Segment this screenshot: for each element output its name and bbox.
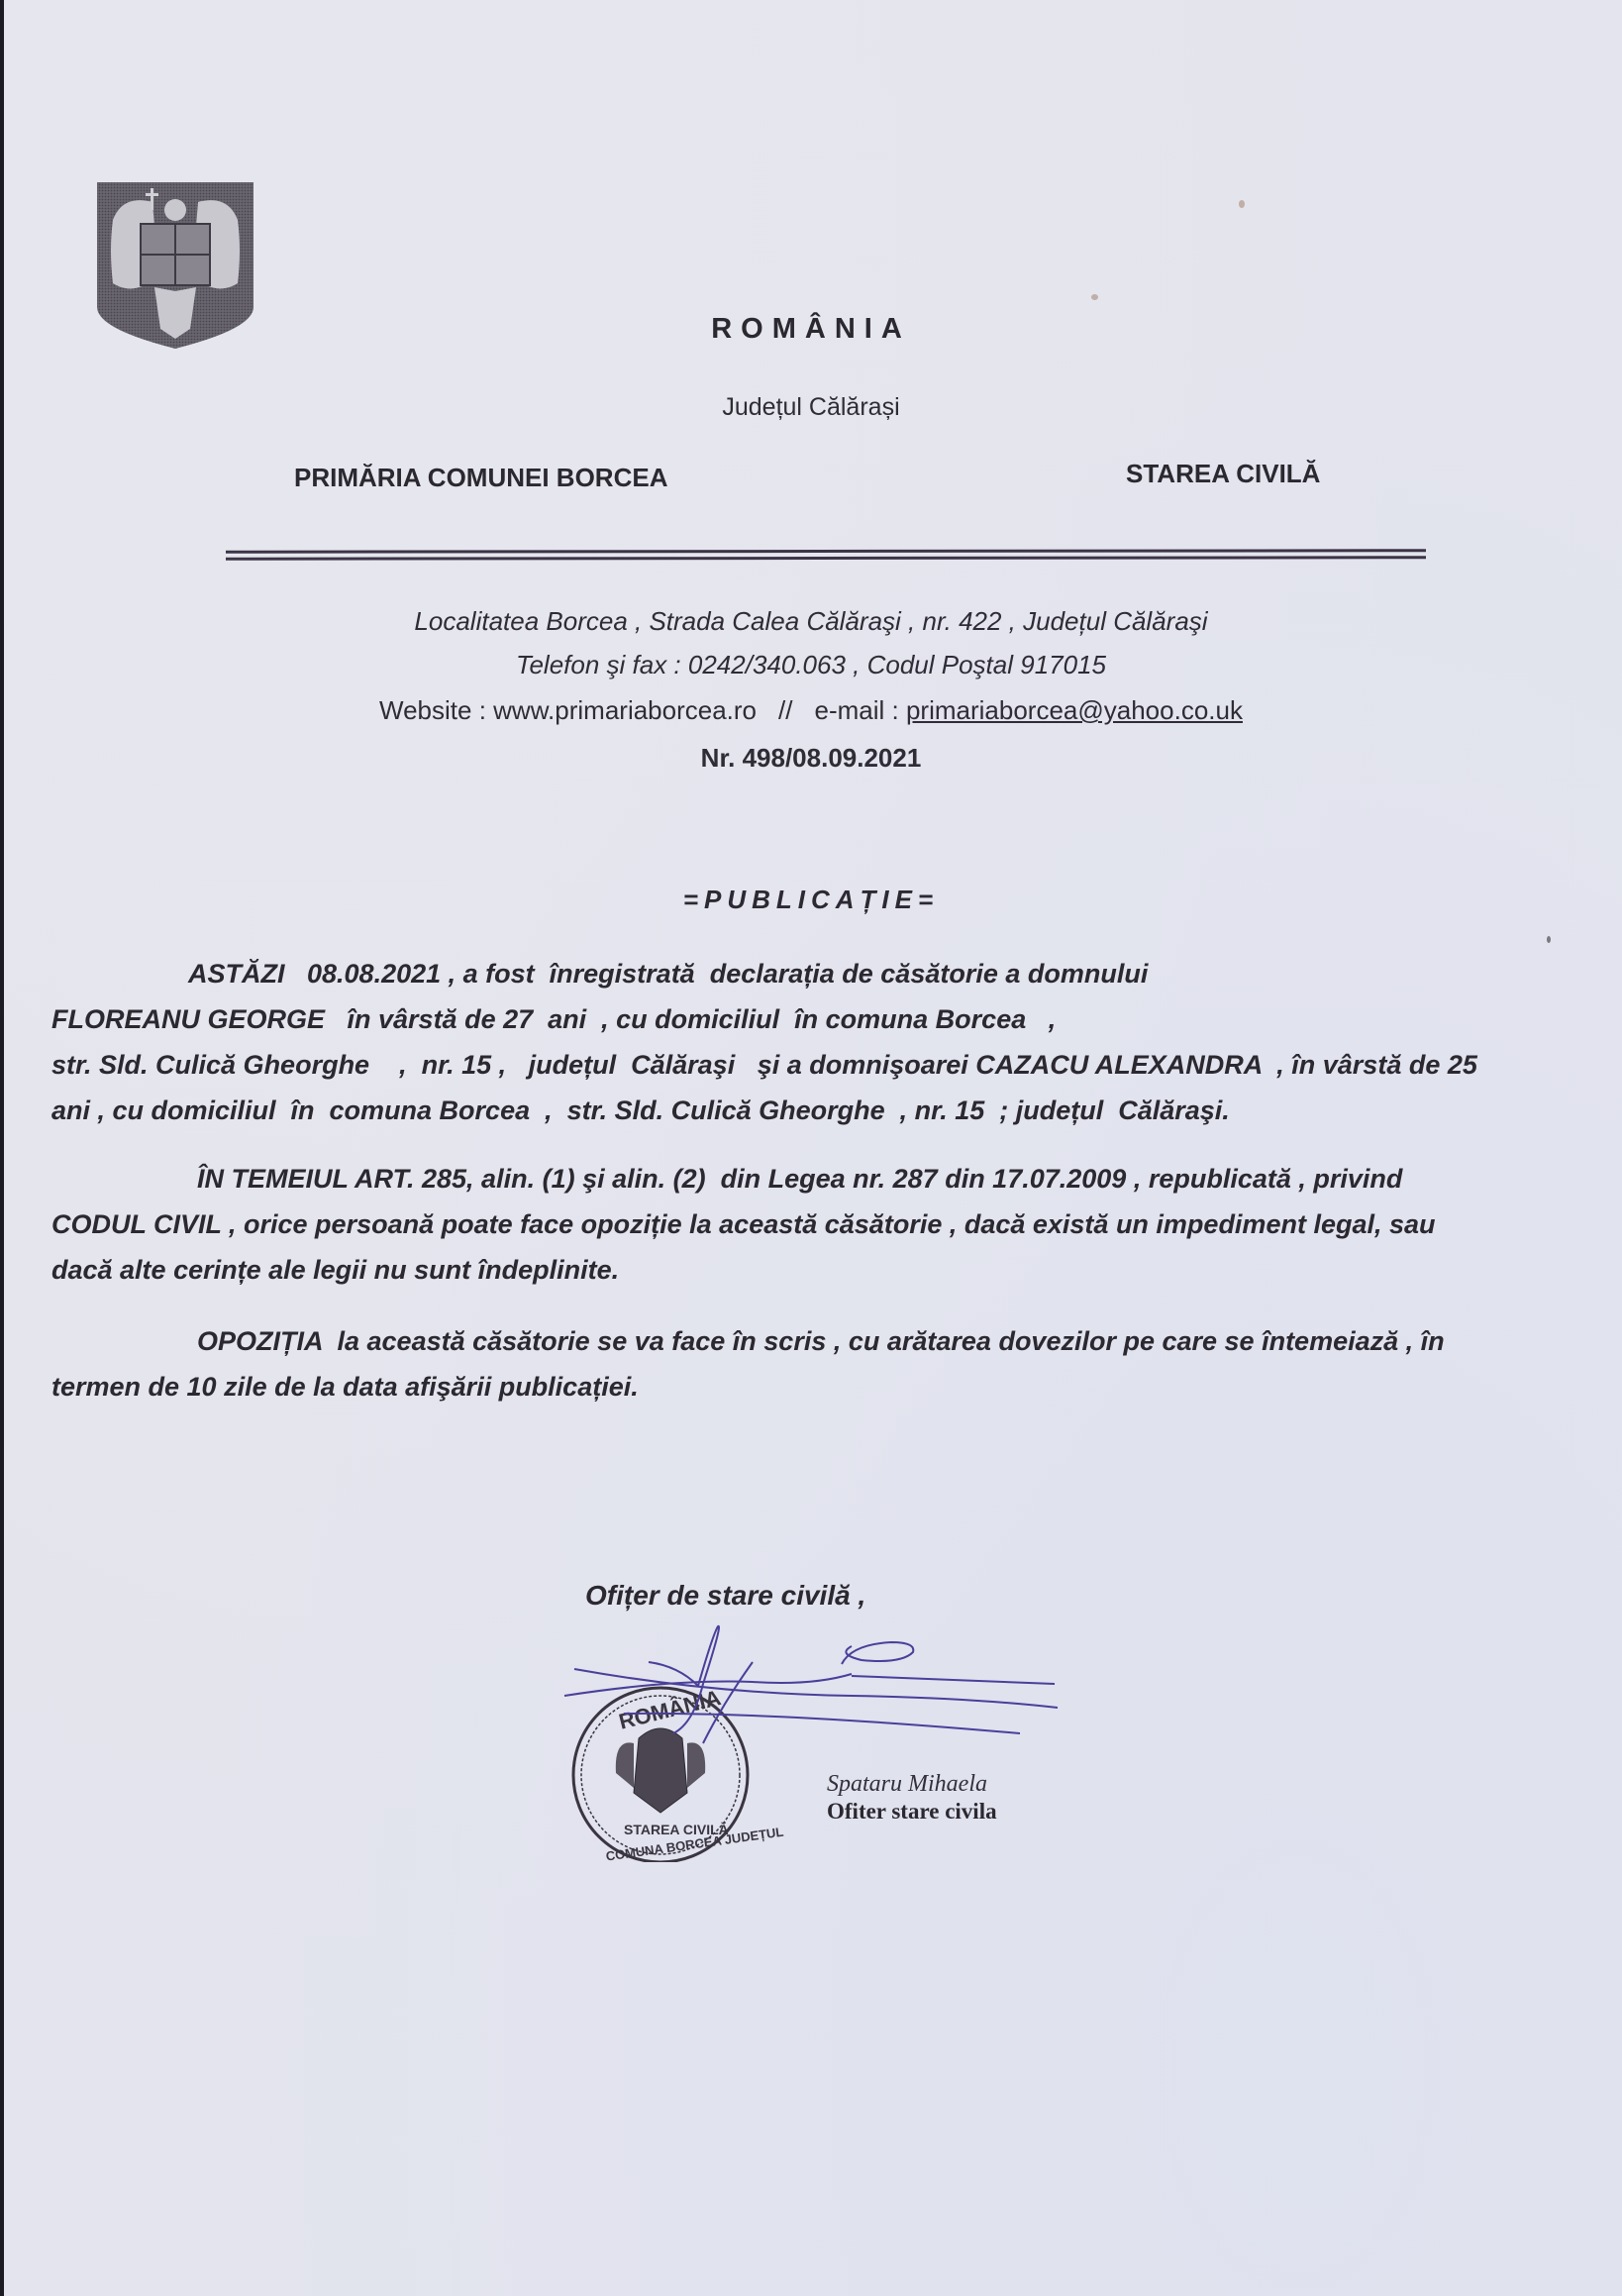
- header-divider: [226, 549, 1426, 553]
- document-heading: =PUBLICAȚIE=: [0, 885, 1622, 915]
- paragraph-declaration: ASTĂZI 08.08.2021 , a fost înregistrată …: [51, 951, 1557, 1133]
- paragraph-line: ÎN TEMEIUL ART. 285, alin. (1) şi alin. …: [51, 1156, 1557, 1201]
- email-label: e-mail :: [814, 695, 905, 725]
- paper-speck: [1091, 294, 1098, 300]
- separator: //: [778, 695, 792, 726]
- scanned-document-page: ROMÂNIA Județul Călărași PRIMĂRIA COMUNE…: [0, 0, 1622, 2296]
- address-line: Localitatea Borcea , Strada Calea Călăra…: [0, 606, 1622, 637]
- department-name: STAREA CIVILĂ: [1126, 459, 1320, 489]
- country-title: ROMÂNIA: [0, 313, 1622, 346]
- paragraph-line: FLOREANU GEORGE în vârstă de 27 ani , cu…: [51, 996, 1557, 1042]
- stamp-and-signature: ROMÂNIA STAREA CIVILĂ COMUNA BORCEA JUDE…: [555, 1624, 1109, 1862]
- paragraph-line: ani , cu domiciliul în comuna Borcea , s…: [51, 1088, 1557, 1133]
- paragraph-opposition: OPOZIȚIA la această căsătorie se va face…: [51, 1318, 1557, 1409]
- email-link[interactable]: primariaborcea@yahoo.co.uk: [906, 695, 1243, 725]
- web-contact-line: Website : www.primariaborcea.ro//e-mail …: [0, 695, 1622, 726]
- institution-name: PRIMĂRIA COMUNEI BORCEA: [294, 463, 667, 493]
- reference-number: Nr. 498/08.09.2021: [0, 743, 1622, 774]
- paragraph-legal-basis: ÎN TEMEIUL ART. 285, alin. (1) şi alin. …: [51, 1156, 1557, 1293]
- header-divider: [226, 556, 1426, 560]
- officer-role: Ofiter stare civila: [827, 1799, 997, 1825]
- county-name: Județul Călărași: [0, 393, 1622, 422]
- paragraph-line: ASTĂZI 08.08.2021 , a fost înregistrată …: [51, 951, 1557, 996]
- paragraph-line: OPOZIȚIA la această căsătorie se va face…: [51, 1318, 1557, 1364]
- paragraph-line: str. Sld. Culică Gheorghe , nr. 15 , jud…: [51, 1042, 1557, 1088]
- paragraph-line: termen de 10 zile de la data afişării pu…: [51, 1364, 1557, 1409]
- paper-speck: [1239, 200, 1245, 208]
- paragraph-line: CODUL CIVIL , orice persoană poate face …: [51, 1201, 1557, 1247]
- phone-line: Telefon şi fax : 0242/340.063 , Codul Po…: [0, 650, 1622, 680]
- officer-name: Spataru Mihaela: [827, 1771, 987, 1798]
- website-link[interactable]: Website : www.primariaborcea.ro: [379, 695, 757, 725]
- paragraph-line: dacă alte cerințe ale legii nu sunt înde…: [51, 1247, 1557, 1293]
- officer-label: Ofițer de stare civilă ,: [585, 1580, 865, 1612]
- paper-speck: [1547, 936, 1551, 943]
